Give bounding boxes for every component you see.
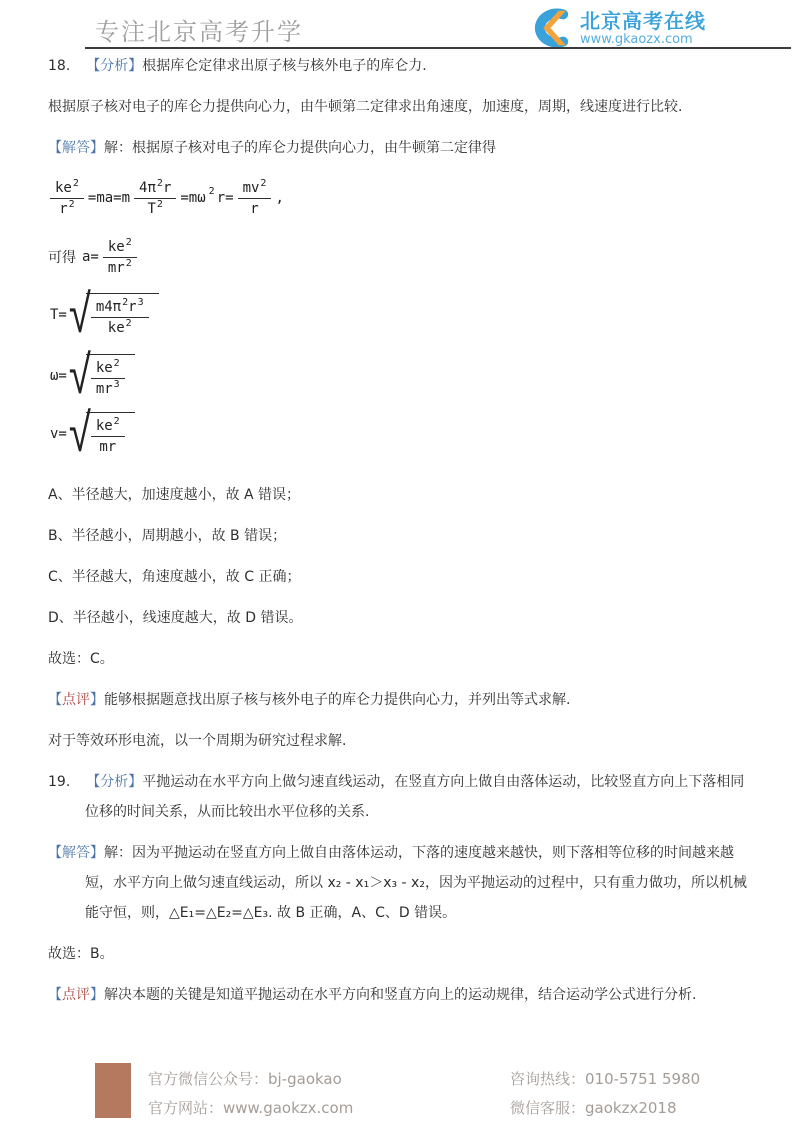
footer-hotline: 咨询热线：010-5751 5980 <box>510 1065 700 1094</box>
analysis-label: 【分析】 <box>86 58 142 74</box>
formula-linear-velocity: v= √ke2mr <box>48 412 754 455</box>
p19-analysis-line: 19.【分析】平抛运动在水平方向上做匀速直线运动，在竖直方向上做自由落体运动，比… <box>48 767 754 827</box>
problem-19-number: 19. <box>48 774 70 790</box>
footer: 官方微信公众号：bj-gaokao 官方网站：www.gaokzx.com 咨询… <box>95 1062 755 1122</box>
fraction: ke2mr <box>91 416 125 455</box>
superscript: 2 <box>157 178 163 189</box>
header-slogan: 专注北京高考升学 <box>95 12 303 47</box>
superscript: 2 <box>122 297 128 308</box>
superscript: 2 <box>126 318 132 329</box>
formula-acceleration: 可得 a= ke2mr2 <box>48 237 754 276</box>
radical-icon: √ <box>69 410 91 456</box>
p18-answer-intro: 解：根据原子核对电子的库仑力提供向心力，由牛顿第二定律得 <box>104 140 496 156</box>
fraction-numerator: ke2 <box>91 358 125 379</box>
answer-label: 【解答】 <box>48 140 104 156</box>
superscript: 2 <box>126 237 132 248</box>
problem-18-number: 18. <box>48 58 70 74</box>
superscript: 2 <box>209 186 215 197</box>
footer-left-column: 官方微信公众号：bj-gaokao 官方网站：www.gaokzx.com <box>148 1065 353 1123</box>
formula-text: r <box>128 299 136 315</box>
fraction-numerator: ke2 <box>103 237 137 258</box>
superscript: 2 <box>126 258 132 269</box>
solution-content: 18.【分析】根据库仑定律求出原子核与核外电子的库仑力. 根据原子核对电子的库仑… <box>48 51 754 1021</box>
review-label: 点评 <box>62 692 90 708</box>
fraction-denominator: r2 <box>50 199 84 217</box>
formula-period: T= √m4π2r3ke2 <box>48 293 754 336</box>
formula-prefix-text: 可得 <box>48 247 76 267</box>
p18-analysis-text: 根据库仑定律求出原子核与核外电子的库仑力. <box>142 58 426 74</box>
p18-review-text: 能够根据题意找出原子核与核外电子的库仑力提供向心力，并列出等式求解. <box>104 692 570 708</box>
radical-icon: √ <box>69 352 91 398</box>
formula-text: v= <box>48 426 69 442</box>
square-root: √ke2mr3 <box>69 354 135 397</box>
formula-text: T= <box>48 307 69 323</box>
fraction-denominator: T2 <box>134 199 176 217</box>
superscript: 2 <box>157 199 163 210</box>
formula-centripetal-force: ke2r2 =ma=m 4π2rT2 =mω2r= mv2r , <box>48 178 754 217</box>
formula-text: mr <box>96 381 113 397</box>
review-label-bracket: 】 <box>90 987 104 1003</box>
footer-website: 官方网站：www.gaokzx.com <box>148 1094 353 1123</box>
fraction: mv2r <box>238 178 272 217</box>
formula-text: r <box>59 201 67 217</box>
p18-answer-line: 【解答】解：根据原子核对电子的库仑力提供向心力，由牛顿第二定律得 <box>48 133 754 163</box>
radicand: m4π2r3ke2 <box>86 293 159 336</box>
fraction-denominator: mr2 <box>103 258 137 276</box>
formula-text: a= <box>80 249 101 265</box>
review-label-bracket: 【 <box>48 987 62 1003</box>
formula-text: =mω <box>178 190 207 206</box>
p18-review-text2: 对于等效环形电流，以一个周期为研究过程求解. <box>48 726 754 756</box>
p18-analysis-text2: 根据原子核对电子的库仑力提供向心力，由牛顿第二定律求出角速度，加速度，周期，线速… <box>48 92 754 122</box>
p18-option-b: B、半径越小，周期越小，故 B 错误； <box>48 521 754 551</box>
analysis-label: 【分析】 <box>86 774 142 790</box>
formula-text: m4π <box>96 299 121 315</box>
fraction-denominator: r <box>238 199 272 217</box>
fraction-denominator: mr3 <box>91 379 125 397</box>
formula-text: ke <box>96 418 113 434</box>
fraction: 4π2rT2 <box>134 178 176 217</box>
document-page: 专注北京高考升学 北京高考在线 www.gkaozx.com 18.【分析】根据… <box>0 0 794 1135</box>
formula-text: ke <box>55 180 72 196</box>
formula-text: ke <box>108 239 125 255</box>
formula-text: mv <box>243 180 260 196</box>
review-label-bracket: 【 <box>48 692 62 708</box>
fraction: ke2mr2 <box>103 237 137 276</box>
fraction-denominator: mr <box>91 437 125 455</box>
fraction-numerator: mv2 <box>238 178 272 199</box>
radical-icon: √ <box>69 291 91 337</box>
formula-text: ω= <box>48 368 69 384</box>
answer-label: 【解答】 <box>48 845 104 861</box>
p19-analysis-text: 平抛运动在水平方向上做匀速直线运动，在竖直方向上做自由落体运动，比较竖直方向上下… <box>85 774 744 820</box>
superscript: 2 <box>69 199 75 210</box>
p18-option-c: C、半径越大，角速度越小，故 C 正确； <box>48 562 754 592</box>
superscript: 3 <box>114 379 120 390</box>
footer-service: 微信客服：gaokzx2018 <box>510 1094 700 1123</box>
p19-review-line: 【点评】解决本题的关键是知道平抛运动在水平方向和竖直方向上的运动规律，结合运动学… <box>48 980 754 1010</box>
p19-answer-text: 解：因为平抛运动在竖直方向上做自由落体运动，下落的速度越来越快，则下落相等位移的… <box>85 845 747 921</box>
review-label: 点评 <box>62 987 90 1003</box>
header-divider <box>85 47 791 49</box>
superscript: 3 <box>138 297 144 308</box>
fraction: ke2r2 <box>50 178 84 217</box>
formula-text: r= <box>215 190 236 206</box>
radicand: ke2mr <box>86 412 135 455</box>
superscript: 2 <box>73 178 79 189</box>
p18-conclusion: 故选：C。 <box>48 644 754 674</box>
fraction-numerator: 4π2r <box>134 178 176 199</box>
brand-url: www.gkaozx.com <box>580 32 706 47</box>
p19-conclusion: 故选：B。 <box>48 939 754 969</box>
formula-text: ke <box>108 320 125 336</box>
formula-text: =ma=m <box>86 190 132 206</box>
fraction: m4π2r3ke2 <box>91 297 149 336</box>
formula-text: ke <box>96 360 113 376</box>
p18-option-d: D、半径越小，线速度越大，故 D 错误。 <box>48 603 754 633</box>
fraction-denominator: ke2 <box>91 318 149 336</box>
formula-text: 4π <box>139 180 156 196</box>
formula-angular-velocity: ω= √ke2mr3 <box>48 354 754 397</box>
footer-right-column: 咨询热线：010-5751 5980 微信客服：gaokzx2018 <box>510 1065 700 1123</box>
fraction-numerator: ke2 <box>50 178 84 199</box>
brand-name: 北京高考在线 <box>580 10 706 32</box>
formula-text: mr <box>108 260 125 276</box>
footer-wechat: 官方微信公众号：bj-gaokao <box>148 1065 353 1094</box>
brand-logo: 北京高考在线 www.gkaozx.com <box>516 8 706 48</box>
review-label-bracket: 】 <box>90 692 104 708</box>
superscript: 2 <box>114 358 120 369</box>
p19-answer-line: 【解答】解：因为平抛运动在竖直方向上做自由落体运动，下落的速度越来越快，则下落相… <box>48 838 754 928</box>
fraction: ke2mr3 <box>91 358 125 397</box>
p18-option-a: A、半径越大，加速度越小，故 A 错误； <box>48 480 754 510</box>
fraction-numerator: m4π2r3 <box>91 297 149 318</box>
formula-text: r <box>163 180 171 196</box>
brand-text-block: 北京高考在线 www.gkaozx.com <box>580 10 706 47</box>
p18-analysis-line: 18.【分析】根据库仑定律求出原子核与核外电子的库仑力. <box>48 51 754 81</box>
square-root: √m4π2r3ke2 <box>69 293 159 336</box>
superscript: 2 <box>114 416 120 427</box>
superscript: 2 <box>260 178 266 189</box>
fraction-numerator: ke2 <box>91 416 125 437</box>
formula-text: T <box>147 201 155 217</box>
brand-logo-icon <box>516 8 574 48</box>
p19-review-text: 解决本题的关键是知道平抛运动在水平方向和竖直方向上的运动规律，结合运动学公式进行… <box>104 987 696 1003</box>
square-root: √ke2mr <box>69 412 135 455</box>
qr-placeholder <box>95 1063 131 1118</box>
p18-review-line: 【点评】能够根据题意找出原子核与核外电子的库仑力提供向心力，并列出等式求解. <box>48 685 754 715</box>
formula-text: , <box>273 190 285 206</box>
radicand: ke2mr3 <box>86 354 135 397</box>
